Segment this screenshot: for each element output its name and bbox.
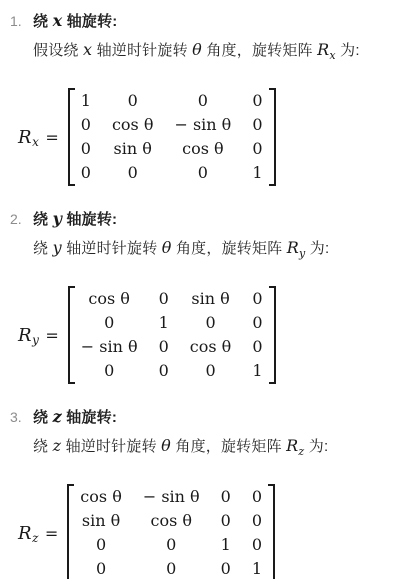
matrix-cell: 0: [252, 335, 262, 359]
equals-sign: =: [45, 128, 58, 147]
matrix: cos θ− sin θ00 sin θcos θ00 0010 0001: [67, 484, 275, 579]
matrix-cell: 0: [104, 311, 114, 335]
paragraph-text: 为:: [336, 42, 360, 59]
matrix-cell: 0: [252, 287, 262, 311]
matrix-cell: 0: [81, 161, 91, 185]
list-marker: 2.: [10, 209, 31, 230]
math-var: R: [317, 40, 329, 59]
paragraph-text: 假设绕: [33, 42, 83, 59]
title-text: 轴旋转:: [62, 211, 117, 228]
right-bracket: [269, 88, 276, 186]
matrix-cell: 1: [252, 161, 262, 185]
left-bracket: [67, 484, 74, 579]
math-var: x: [53, 11, 63, 30]
matrix-cell: cos θ: [150, 509, 192, 533]
section-title: 绕 x 轴旋转:: [33, 10, 409, 32]
list-item-rotate-y: 2. 绕 y 轴旋转: 绕 y 轴逆时针旋转 θ 角度，旋转矩阵 Ry 为: R…: [10, 208, 409, 384]
list-marker: 3.: [10, 407, 31, 428]
math-var: θ: [192, 40, 202, 59]
paragraph-text: 轴逆时针旋转: [92, 42, 192, 59]
section-title: 绕 y 轴旋转:: [33, 208, 409, 230]
matrix-grid: 1000 0cos θ− sin θ0 0sin θcos θ0 0001: [75, 88, 269, 186]
math-var: z: [53, 407, 62, 426]
paragraph-text: 轴逆时针旋转: [61, 438, 161, 455]
matrix-cell: 0: [166, 533, 176, 557]
paragraph-text: 绕: [33, 438, 53, 455]
matrix-cell: 0: [252, 485, 262, 509]
right-bracket: [268, 484, 275, 579]
equation-rz: Rz= cos θ− sin θ00 sin θcos θ00 0010 000…: [18, 484, 409, 579]
list-item-rotate-z: 3. 绕 z 轴旋转: 绕 z 轴逆时针旋转 θ 角度，旋转矩阵 Rz 为: R…: [10, 406, 409, 579]
matrix-cell: cos θ: [80, 485, 122, 509]
math-var: θ: [161, 436, 171, 455]
equation-label: Rx=: [18, 127, 59, 148]
list-marker: 1.: [10, 11, 31, 32]
matrix-cell: 1: [252, 557, 262, 579]
matrix-cell: 0: [81, 137, 91, 161]
matrix-cell: cos θ: [190, 335, 232, 359]
matrix-cell: 0: [252, 533, 262, 557]
matrix-cell: 0: [252, 311, 262, 335]
matrix-cell: 0: [198, 89, 208, 113]
matrix-cell: − sin θ: [143, 485, 200, 509]
section-paragraph: 绕 y 轴逆时针旋转 θ 角度，旋转矩阵 Ry 为:: [33, 237, 409, 264]
math-var: y: [53, 238, 62, 257]
matrix-cell: 0: [252, 89, 262, 113]
matrix-cell: 0: [159, 359, 169, 383]
math-var: R: [286, 436, 298, 455]
matrix-cell: − sin θ: [81, 335, 138, 359]
list-item-rotate-x: 1. 绕 x 轴旋转: 假设绕 x 轴逆时针旋转 θ 角度，旋转矩阵 Rx 为:…: [10, 10, 409, 186]
matrix-cell: 0: [104, 359, 114, 383]
matrix-cell: 0: [96, 533, 106, 557]
matrix-cell: 1: [221, 533, 231, 557]
title-text: 绕: [33, 13, 53, 30]
matrix-cell: 0: [128, 161, 138, 185]
matrix-cell: sin θ: [82, 509, 120, 533]
paragraph-text: 轴逆时针旋转: [62, 240, 162, 257]
matrix-cell: sin θ: [191, 287, 229, 311]
matrix-cell: 0: [81, 113, 91, 137]
matrix-cell: cos θ: [182, 137, 224, 161]
matrix-cell: 1: [81, 89, 91, 113]
matrix-cell: 1: [252, 359, 262, 383]
math-var: R: [18, 127, 32, 148]
paragraph-text: 角度，旋转矩阵: [171, 438, 286, 455]
matrix-cell: 0: [166, 557, 176, 579]
section-paragraph: 绕 z 轴逆时针旋转 θ 角度，旋转矩阵 Rz 为:: [33, 435, 409, 462]
title-text: 轴旋转:: [62, 13, 117, 30]
matrix-cell: 0: [221, 557, 231, 579]
matrix-cell: 0: [221, 485, 231, 509]
section-paragraph: 假设绕 x 轴逆时针旋转 θ 角度，旋转矩阵 Rx 为:: [33, 39, 409, 66]
equals-sign: =: [45, 524, 58, 543]
paragraph-text: 角度，旋转矩阵: [202, 42, 317, 59]
matrix-cell: sin θ: [114, 137, 152, 161]
matrix-cell: 0: [221, 509, 231, 533]
equation-label: Ry=: [18, 325, 59, 346]
math-var: R: [18, 523, 32, 544]
equation-rx: Rx= 1000 0cos θ− sin θ0 0sin θcos θ0 000…: [18, 88, 409, 186]
matrix: cos θ0sin θ0 0100 − sin θ0cos θ0 0001: [68, 286, 276, 384]
title-text: 轴旋转:: [62, 409, 117, 426]
paragraph-text: 绕: [33, 240, 53, 257]
matrix-cell: 0: [205, 311, 215, 335]
matrix-cell: 0: [159, 335, 169, 359]
matrix-cell: 0: [198, 161, 208, 185]
title-text: 绕: [33, 409, 53, 426]
math-var: x: [83, 40, 92, 59]
matrix-cell: 0: [205, 359, 215, 383]
matrix-cell: 0: [96, 557, 106, 579]
math-var: R: [287, 238, 299, 257]
equals-sign: =: [45, 326, 58, 345]
matrix-cell: 0: [252, 509, 262, 533]
matrix-cell: 0: [159, 287, 169, 311]
matrix-grid: cos θ0sin θ0 0100 − sin θ0cos θ0 0001: [75, 286, 269, 384]
paragraph-text: 角度，旋转矩阵: [172, 240, 287, 257]
matrix-cell: cos θ: [88, 287, 130, 311]
right-bracket: [269, 286, 276, 384]
paragraph-text: 为:: [304, 438, 328, 455]
matrix: 1000 0cos θ− sin θ0 0sin θcos θ0 0001: [68, 88, 276, 186]
math-var: z: [53, 436, 62, 455]
matrix-cell: 1: [159, 311, 169, 335]
matrix-cell: 0: [252, 137, 262, 161]
matrix-cell: − sin θ: [174, 113, 231, 137]
paragraph-text: 为:: [305, 240, 329, 257]
left-bracket: [68, 88, 75, 186]
matrix-cell: 0: [252, 113, 262, 137]
matrix-cell: 0: [128, 89, 138, 113]
equation-label: Rz=: [18, 523, 58, 544]
math-var: y: [53, 209, 63, 228]
title-text: 绕: [33, 211, 53, 228]
matrix-cell: cos θ: [112, 113, 154, 137]
math-var: θ: [162, 238, 172, 257]
equation-ry: Ry= cos θ0sin θ0 0100 − sin θ0cos θ0 000…: [18, 286, 409, 384]
matrix-grid: cos θ− sin θ00 sin θcos θ00 0010 0001: [74, 484, 268, 579]
left-bracket: [68, 286, 75, 384]
math-var: R: [18, 325, 32, 346]
section-title: 绕 z 轴旋转:: [33, 406, 409, 428]
